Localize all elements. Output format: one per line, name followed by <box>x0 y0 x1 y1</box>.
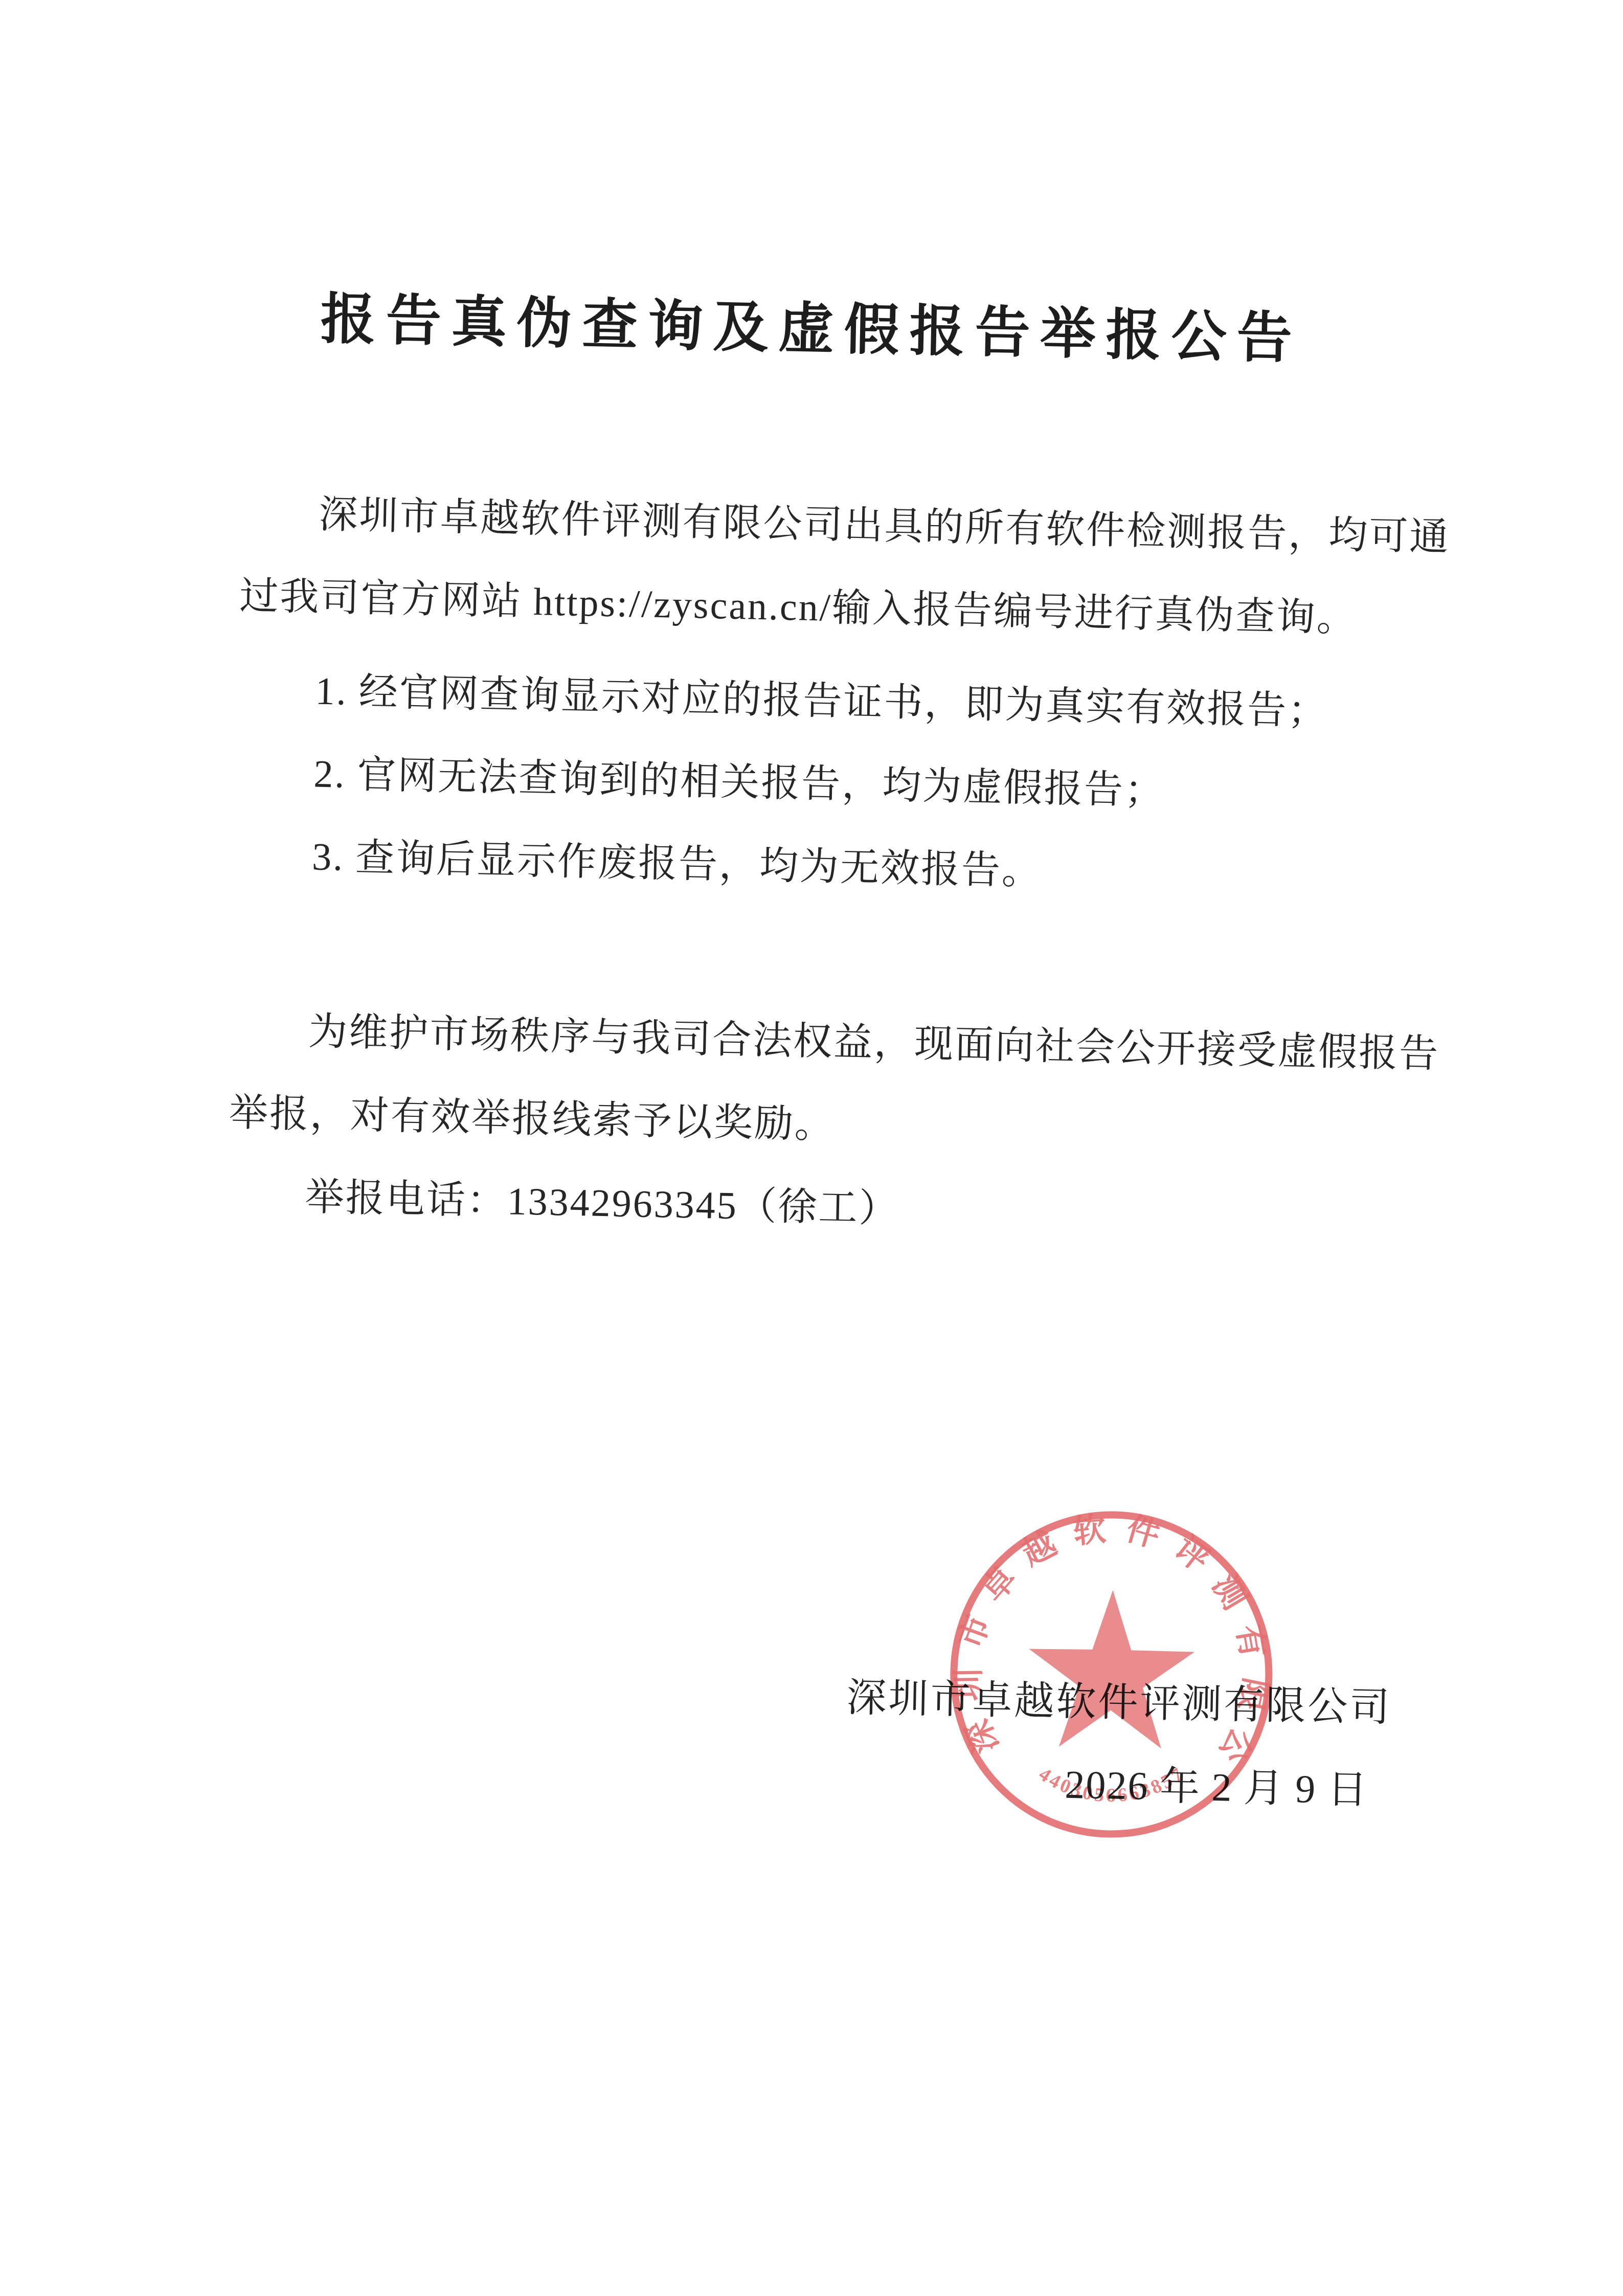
document-body: 报告真伪查询及虚假报告举报公告 深圳市卓越软件评测有限公司出具的所有软件检测报告… <box>227 0 1384 1260</box>
page-title: 报告真伪查询及虚假报告举报公告 <box>244 280 1379 379</box>
seal-code-text: 4403056663857 <box>1034 1760 1189 1808</box>
signature-block: 深圳市卓越软件评测有限公司 2026 年 2 月 9 日 深圳市卓越软件评测有限… <box>789 1502 1461 1924</box>
seal-star-icon <box>1027 1589 1196 1749</box>
scanned-document-page: 报告真伪查询及虚假报告举报公告 深圳市卓越软件评测有限公司出具的所有软件检测报告… <box>0 0 1623 2296</box>
company-seal: 深圳市卓越软件评测有限公司 4403056663857 <box>943 1505 1279 1844</box>
